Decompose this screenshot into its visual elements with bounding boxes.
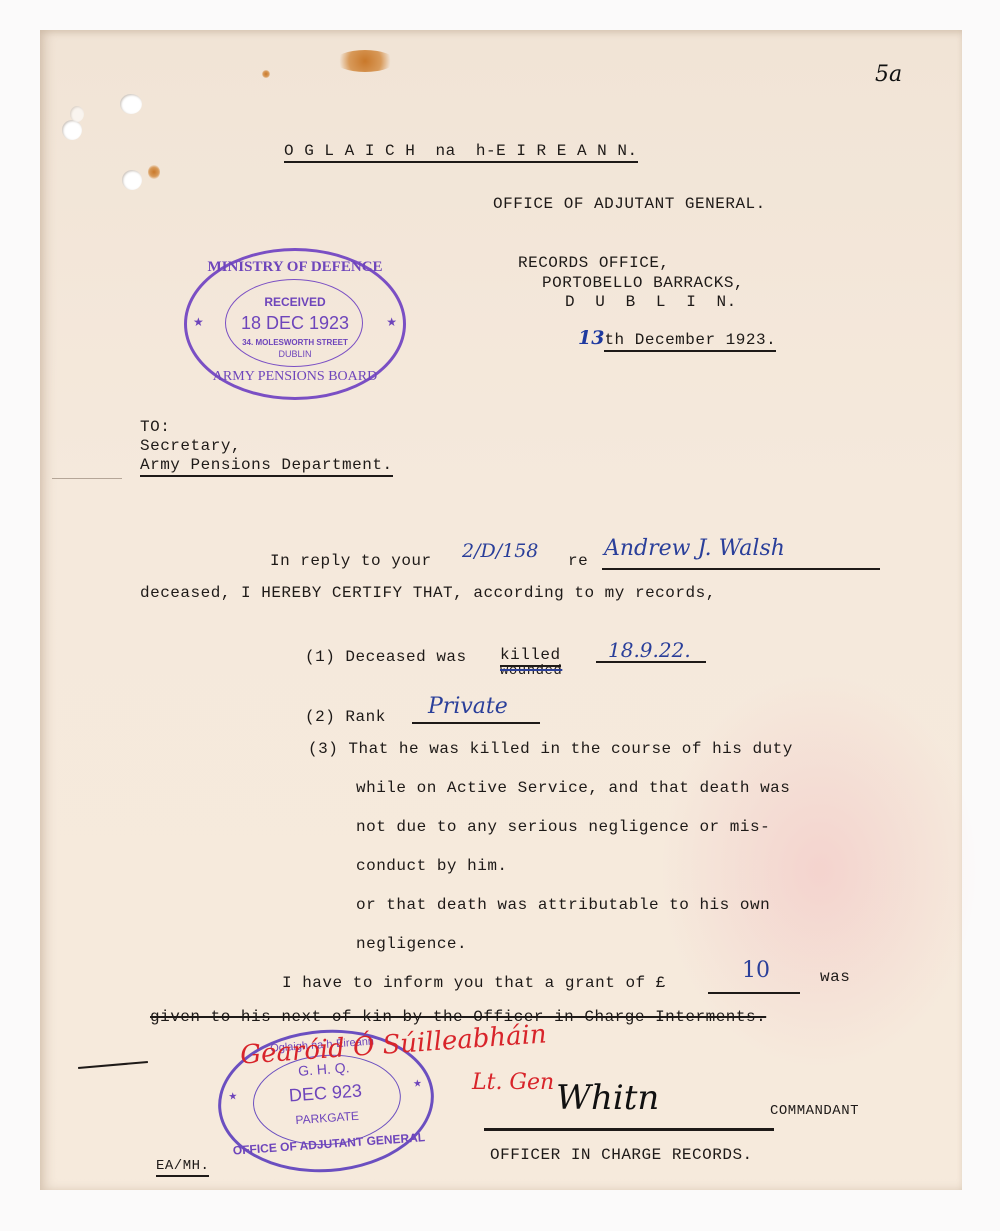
signature-line xyxy=(484,1128,774,1131)
item-2-prefix: (2) Rank xyxy=(305,708,386,726)
rust-mark xyxy=(262,70,270,78)
date-day-handwritten: 13 xyxy=(578,327,604,349)
star-icon: ★ xyxy=(193,315,204,329)
item-3-line-4: conduct by him. xyxy=(356,857,508,875)
to-label: TO: xyxy=(140,418,170,436)
punch-hole xyxy=(70,106,84,122)
grant-line-2: given to his next-of-kin by the Officer … xyxy=(150,1008,766,1026)
reference-handwritten: 2/D/158 xyxy=(462,540,538,562)
typist-initials: EA/MH. xyxy=(156,1158,209,1177)
deceased-name-handwritten: Andrew J. Walsh xyxy=(604,536,785,561)
red-signature-title: Lt. Gen xyxy=(472,1070,554,1095)
item-3-line-2: while on Active Service, and that death … xyxy=(356,779,790,797)
star-icon: ★ xyxy=(413,1078,423,1090)
recipient-department: Army Pensions Department. xyxy=(140,456,393,477)
grant-prefix: I have to inform you that a grant of £ xyxy=(282,974,666,992)
item-1-wounded-struck: wounded xyxy=(500,663,562,679)
item-3-line-1: (3) That he was killed in the course of … xyxy=(308,740,793,758)
stamp-received-label: RECEIVED xyxy=(187,295,403,309)
item-3-line-3: not due to any serious negligence or mis… xyxy=(356,818,770,836)
dotted-rule xyxy=(52,478,122,479)
item-3-line-6: negligence. xyxy=(356,935,467,953)
stamp-date: 18 DEC 1923 xyxy=(187,313,403,334)
item-1-date-handwritten: 18.9.22. xyxy=(608,638,691,662)
address-line-2: PORTOBELLO BARRACKS, xyxy=(542,274,744,292)
rust-mark xyxy=(335,50,395,72)
stamp-address-2: DUBLIN xyxy=(187,349,403,359)
office-title: OFFICE OF ADJUTANT GENERAL. xyxy=(493,195,766,213)
commandant-label: COMMANDANT xyxy=(770,1103,859,1119)
date-underline xyxy=(596,661,706,663)
item-1-prefix: (1) Deceased was xyxy=(305,648,467,666)
star-icon: ★ xyxy=(386,315,397,329)
page-reference: 5a xyxy=(875,62,902,87)
punch-hole xyxy=(122,170,142,190)
commandant-signature: Whitn xyxy=(556,1078,659,1118)
address-line-3: D U B L I N. xyxy=(565,293,737,311)
officer-title: OFFICER IN CHARGE RECORDS. xyxy=(490,1146,753,1164)
letter-date: 13th December 1923. xyxy=(578,327,776,349)
recipient-title: Secretary, xyxy=(140,437,241,455)
date-rest: th December 1923. xyxy=(604,331,776,352)
punch-hole xyxy=(120,94,142,114)
received-stamp: MINISTRY OF DEFENCE RECEIVED 18 DEC 1923… xyxy=(184,248,406,400)
rust-mark xyxy=(148,165,160,179)
address-line-1: RECORDS OFFICE, xyxy=(518,254,670,272)
stamp-bottom-arc: ARMY PENSIONS BOARD xyxy=(187,369,403,385)
star-icon: ★ xyxy=(228,1091,238,1103)
stamp-address-1: 34. MOLESWORTH STREET xyxy=(187,338,403,347)
stamp-top-arc: MINISTRY OF DEFENCE xyxy=(187,259,403,276)
grant-underline xyxy=(708,992,800,994)
certify-line: deceased, I HEREBY CERTIFY THAT, accordi… xyxy=(140,584,716,602)
rank-underline xyxy=(412,722,540,724)
intro-prefix: In reply to your xyxy=(270,552,432,570)
org-heading: O G L A I C H na h-E I R E A N N. xyxy=(284,142,638,163)
item-2-rank-handwritten: Private xyxy=(428,694,508,719)
grant-suffix: was xyxy=(820,968,850,986)
intro-re: re xyxy=(568,552,588,570)
item-3-line-5: or that death was attributable to his ow… xyxy=(356,896,770,914)
name-underline xyxy=(602,568,880,570)
grant-amount-handwritten: 10 xyxy=(742,958,770,983)
punch-hole xyxy=(62,120,82,140)
